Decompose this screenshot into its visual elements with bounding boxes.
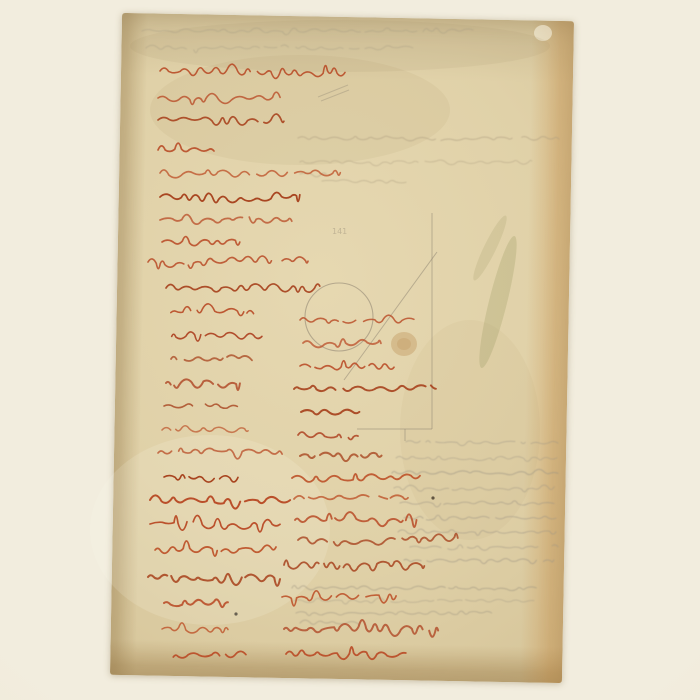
manuscript-page [110, 13, 574, 683]
manuscript-photo: 141 [0, 0, 700, 700]
